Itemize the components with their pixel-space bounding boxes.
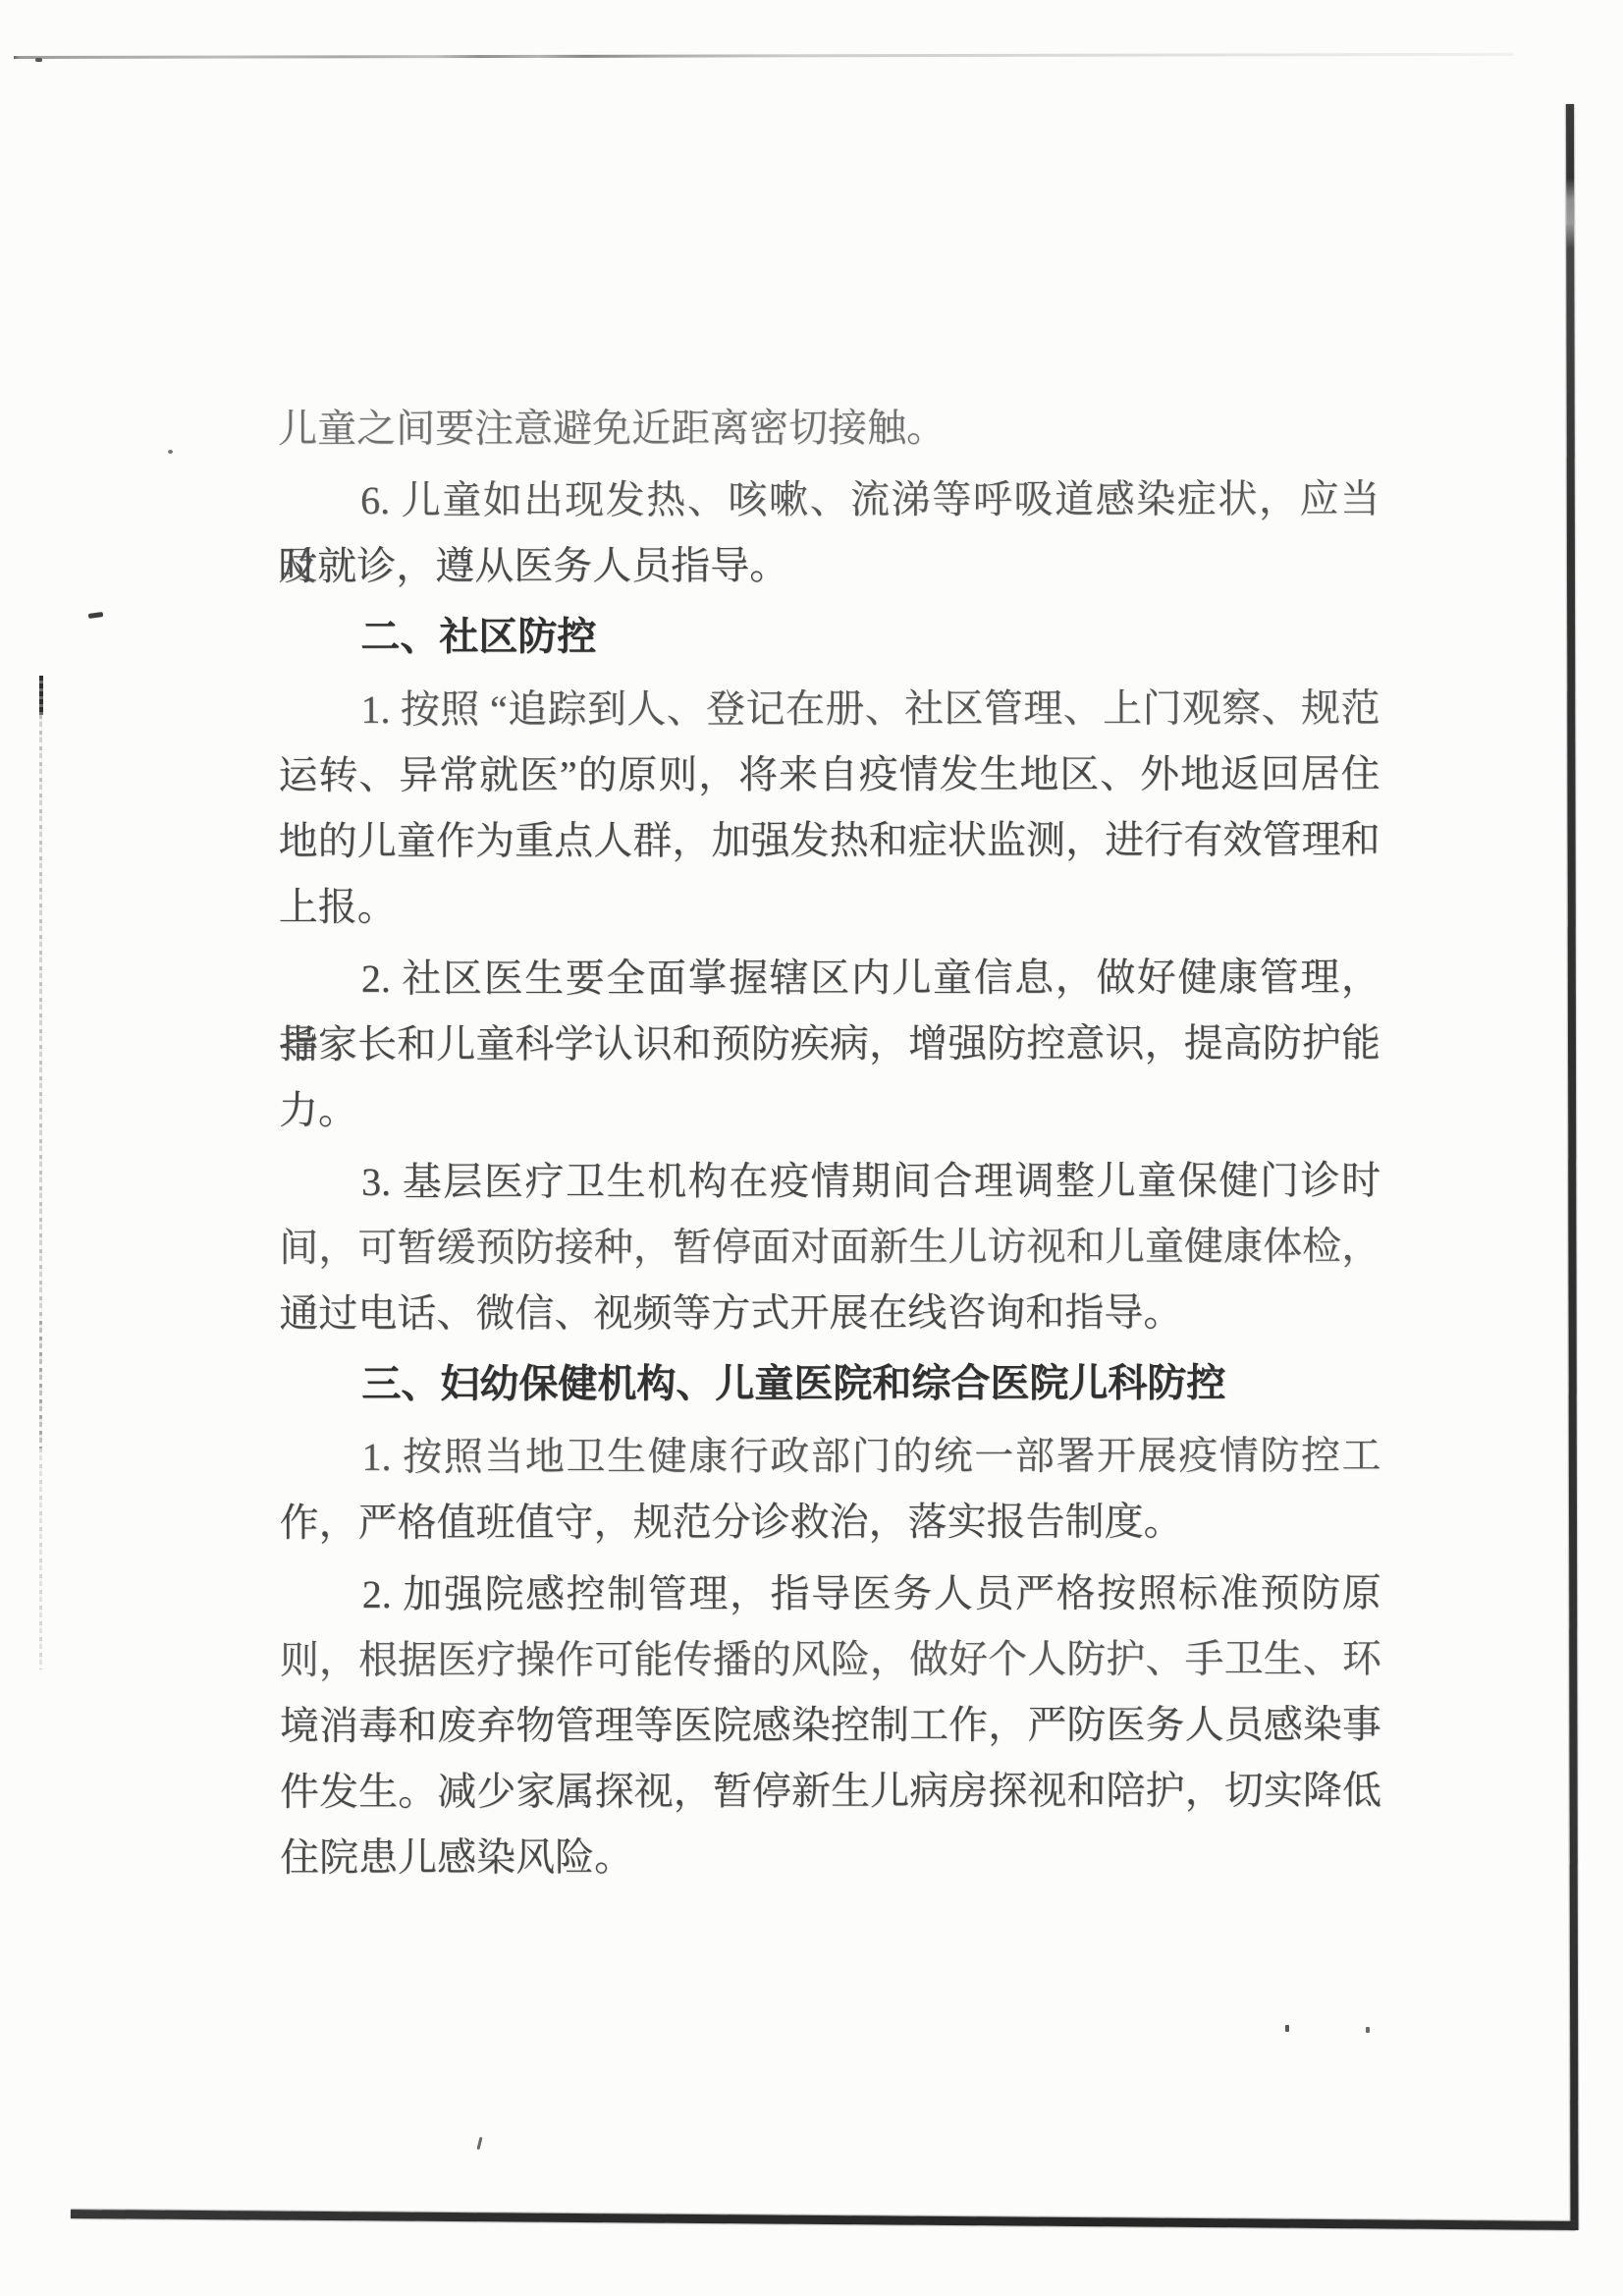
paragraph: 6. 儿童如出现发热、咳嗽、流涕等呼吸道感染症状，应当及 时就诊，遵从医务人员指… [278, 465, 1380, 599]
text-line: 1. 按照当地卫生健康行政部门的统一部署开展疫情防控工 [279, 1422, 1380, 1490]
text-line: 时就诊，遵从医务人员指导。 [278, 531, 1380, 599]
text-line: 儿童之间要注意避免近距离密切接触。 [278, 394, 1380, 462]
text-line: 件发生。减少家属探视，暂停新生儿病房探视和陪护，切实降低 [280, 1757, 1381, 1825]
text-line: 境消毒和废弃物管理等医院感染控制工作，严防医务人员感染事 [280, 1691, 1381, 1759]
scan-right-edge-line [1566, 104, 1579, 2230]
text-line: 力。 [279, 1075, 1380, 1143]
paragraph: 2. 加强院感控制管理，指导医务人员严格按照标准预防原 则，根据医疗操作可能传播… [280, 1559, 1381, 1890]
scan-speck [476, 2137, 482, 2150]
scan-left-stipple-line [39, 676, 43, 715]
scan-top-edge-line [14, 53, 1514, 59]
text-line: 作，严格值班值守，规范分诊救治，落实报告制度。 [280, 1488, 1381, 1556]
paragraph: 儿童之间要注意避免近距离密切接触。 [278, 394, 1380, 462]
paragraph: 3. 基层医疗卫生机构在疫情期间合理调整儿童保健门诊时 间，可暂缓预防接种，暂停… [279, 1147, 1380, 1346]
document-text-block: 儿童之间要注意避免近距离密切接触。 6. 儿童如出现发热、咳嗽、流涕等呼吸道感染… [278, 394, 1381, 1890]
scan-speck [1366, 2027, 1370, 2033]
scan-left-stipple-line [39, 715, 42, 1319]
paragraph: 1. 按照当地卫生健康行政部门的统一部署开展疫情防控工 作，严格值班值守，规范分… [279, 1422, 1380, 1556]
paragraph: 2. 社区医生要全面掌握辖区内儿童信息，做好健康管理，指 导家长和儿童科学认识和… [279, 944, 1380, 1143]
text-line: 地的儿童作为重点人群，加强发热和症状监测，进行有效管理和 [279, 806, 1380, 874]
text-line: 2. 社区医生要全面掌握辖区内儿童信息，做好健康管理，指 [279, 944, 1380, 1011]
text-line: 6. 儿童如出现发热、咳嗽、流涕等呼吸道感染症状，应当及 [278, 465, 1380, 533]
scan-left-stipple-line [39, 1449, 42, 1669]
scan-speck [88, 612, 104, 619]
text-line: 上报。 [279, 872, 1380, 940]
section: 二、社区防控 [278, 603, 1380, 671]
section-heading: 三、妇幼保健机构、儿童医院和综合医院儿科防控 [279, 1350, 1380, 1418]
text-line: 导家长和儿童科学认识和预防疾病，增强防控意识，提高防护能 [279, 1010, 1380, 1077]
text-line: 运转、异常就医”的原则，将来自疫情发生地区、外地返回居住 [278, 740, 1380, 808]
text-line: 住院患儿感染风险。 [280, 1823, 1381, 1890]
section: 三、妇幼保健机构、儿童医院和综合医院儿科防控 [279, 1350, 1380, 1418]
text-line: 2. 加强院感控制管理，指导医务人员严格按照标准预防原 [280, 1559, 1381, 1627]
text-line: 间，可暂缓预防接种，暂停面对面新生儿访视和儿童健康体检， [279, 1213, 1380, 1281]
scan-speck [168, 450, 173, 454]
scan-left-stipple-line [39, 1321, 42, 1449]
text-line: 3. 基层医疗卫生机构在疫情期间合理调整儿童保健门诊时 [279, 1147, 1380, 1215]
scan-bottom-edge-line [71, 2210, 1576, 2230]
text-line: 则，根据医疗操作可能传播的风险，做好个人防护、手卫生、环 [280, 1625, 1381, 1693]
section-heading: 二、社区防控 [278, 603, 1380, 671]
text-line: 1. 按照 “追踪到人、登记在册、社区管理、上门观察、规范 [278, 675, 1380, 742]
scan-speck [1285, 2025, 1289, 2032]
scan-speck [35, 58, 42, 62]
document-page: 儿童之间要注意避免近距离密切接触。 6. 儿童如出现发热、咳嗽、流涕等呼吸道感染… [0, 0, 1623, 2296]
text-line: 通过电话、微信、视频等方式开展在线咨询和指导。 [279, 1279, 1380, 1346]
paragraph: 1. 按照 “追踪到人、登记在册、社区管理、上门观察、规范 运转、异常就医”的原… [278, 675, 1380, 940]
